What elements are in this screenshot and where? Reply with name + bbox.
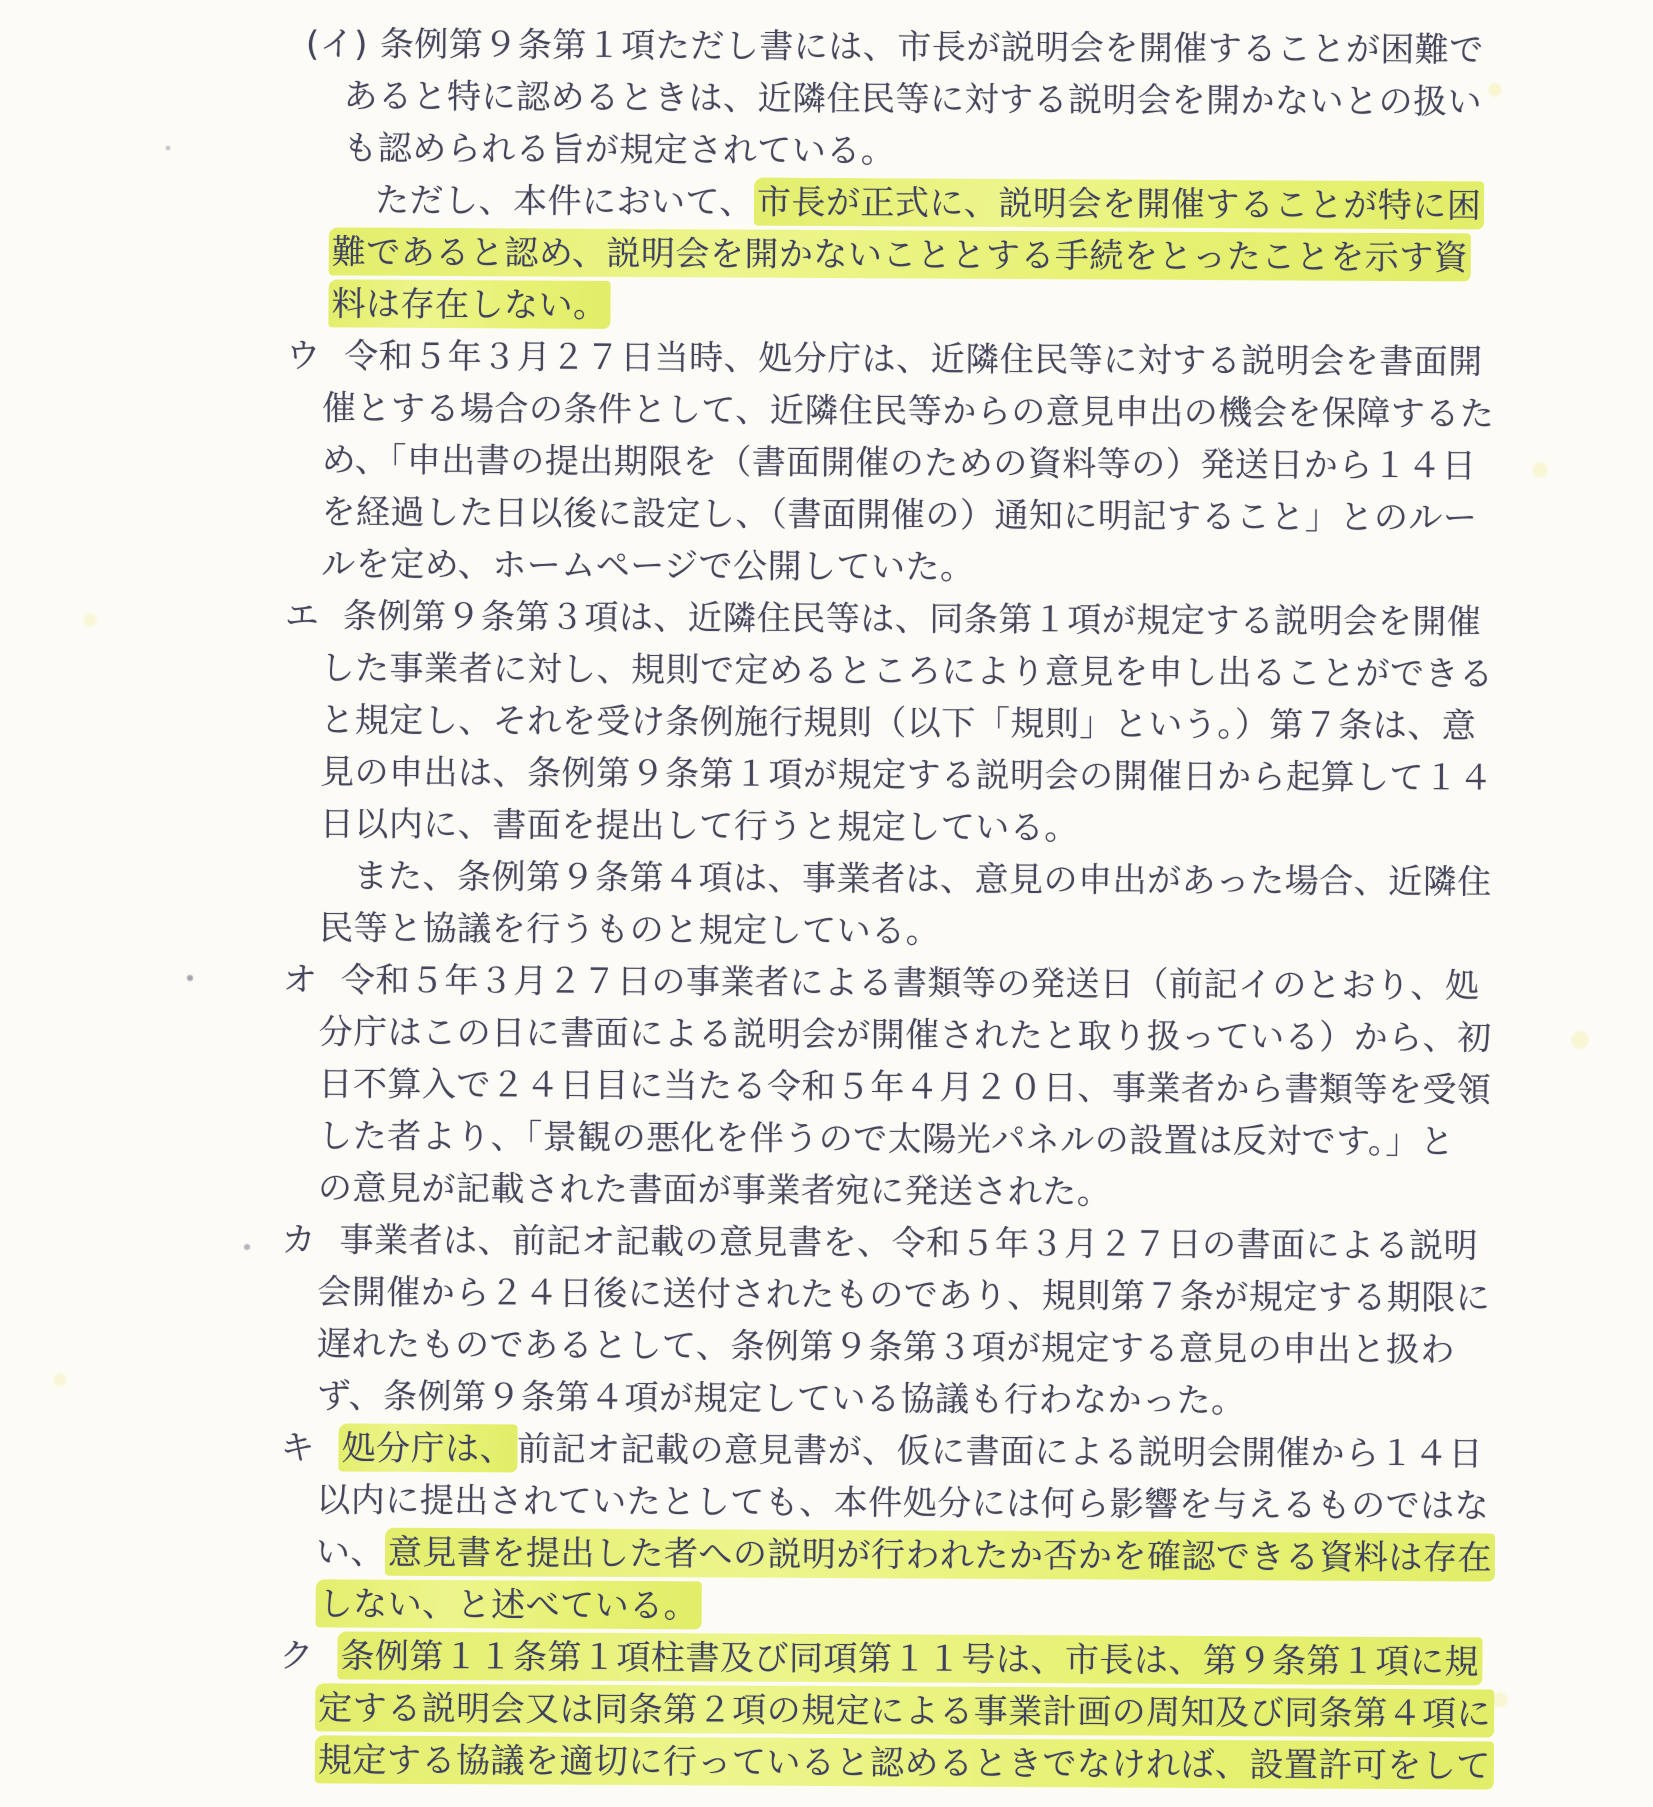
text-line: 料は存在しない。: [328, 278, 1651, 337]
text-line: 日不算入で２４日目に当たる令和５年４月２０日、事業者から書類等を受領: [318, 1058, 1647, 1117]
paragraph-marker: エ: [285, 590, 343, 642]
body-text: 見の申出は、条例第９条第１項が規定する説明会の開催日から起算して１４: [320, 752, 1493, 798]
body-text: ただし、本件において、: [375, 181, 754, 223]
body-text: め、「申出書の提出期限を（書面開催のための資料等の）発送日から１４日: [322, 440, 1477, 486]
text-line: ルを定め、ホームページで公開していた。: [321, 538, 1650, 597]
body-text: 遅れたものであるとして、条例第９条第３項が規定する意見の申出と扱わ: [317, 1324, 1455, 1370]
text-line: 定する説明会又は同条第２項の規定による事業計画の周知及び同条第４項に: [315, 1682, 1644, 1741]
text-line: と規定し、それを受け条例施行規則（以下「規則」という。）第７条は、意: [320, 694, 1649, 753]
highlighted-text: 定する説明会又は同条第２項の規定による事業計画の周知及び同条第４項に: [315, 1683, 1494, 1737]
text-line: しない、と述べている。: [316, 1578, 1645, 1637]
body-text: い、: [316, 1532, 385, 1572]
body-text: 日以内に、書面を提出して行うと規定している。: [320, 804, 1079, 848]
highlighted-text: しない、と述べている。: [316, 1579, 702, 1629]
highlighted-text: 規定する協議を適切に行っていると認めるときでなければ、設置許可をして: [315, 1735, 1494, 1789]
body-text: の意見が記載された書面が事業者宛に発送された。: [318, 1168, 1112, 1212]
paragraph-marker: カ: [281, 1214, 339, 1266]
text-line: 催とする場合の条件として、近隣住民等からの意見申出の機会を保障するた: [322, 382, 1651, 441]
text-line: 以内に提出されていたとしても、本件処分には何ら影響を与えるものではな: [316, 1474, 1645, 1533]
paragraph-marker: キ: [280, 1422, 338, 1474]
body-text: 会開催から２４日後に送付されたものであり、規則第７条が規定する期限に: [317, 1272, 1490, 1318]
text-line: の意見が記載された書面が事業者宛に発送された。: [318, 1162, 1647, 1221]
text-line: (イ)条例第９条第１項ただし書には、市長が説明会を開催することが困難で: [306, 18, 1653, 77]
paragraph-marker: オ: [283, 954, 341, 1006]
paragraph-marker: (イ): [306, 18, 380, 70]
paragraph-marker: ク: [279, 1630, 337, 1682]
text-line: キ処分庁は、前記オ記載の意見書が、仮に書面による説明会開催から１４日: [280, 1422, 1645, 1481]
body-text: 分庁はこの日に書面による説明会が開催されたと取り扱っている）から、初: [319, 1012, 1492, 1058]
body-text: した者より、「景観の悪化を伴うので太陽光パネルの設置は反対です。」と: [318, 1116, 1454, 1162]
text-line: オ令和５年３月２７日の事業者による書類等の発送日（前記イのとおり、処: [283, 954, 1648, 1013]
text-line: ウ令和５年３月２７日当時、処分庁は、近隣住民等に対する説明会を書面開: [286, 330, 1651, 389]
body-text: 以内に提出されていたとしても、本件処分には何ら影響を与えるものではな: [316, 1480, 1489, 1526]
text-line: ク条例第１１条第１項柱書及び同項第１１号は、市長は、第９条第１項に規: [279, 1630, 1644, 1689]
text-line: また、条例第９条第４項は、事業者は、意見の申出があった場合、近隣住: [353, 851, 1648, 910]
text-line: 民等と協議を行うものと規定している。: [319, 902, 1648, 961]
scanned-page: (イ)条例第９条第１項ただし書には、市長が説明会を開催することが困難であると特に…: [0, 0, 1653, 1807]
text-line: 規定する協議を適切に行っていると認めるときでなければ、設置許可をして: [315, 1734, 1644, 1793]
body-text: 催とする場合の条件として、近隣住民等からの意見申出の機会を保障するた: [322, 388, 1495, 434]
highlighted-text: 難であると認め、説明会を開かないこととする手続をとったことを示す資: [329, 227, 1472, 281]
body-text: ルを定め、ホームページで公開していた。: [321, 544, 975, 587]
body-text: 令和５年３月２７日の事業者による書類等の発送日（前記イのとおり、処: [341, 960, 1480, 1006]
text-line: ず、条例第９条第４項が規定している協議も行わなかった。: [317, 1370, 1646, 1429]
text-line: 難であると認め、説明会を開かないこととする手続をとったことを示す資: [329, 226, 1652, 285]
body-text: 条例第９条第１項ただし書には、市長が説明会を開催することが困難で: [380, 25, 1484, 71]
body-text: また、条例第９条第４項は、事業者は、意見の申出があった場合、近隣住: [353, 857, 1491, 903]
body-text: を経過した日以後に設定し、（書面開催の）通知に明記すること」とのルー: [321, 492, 1477, 538]
body-text: 民等と協議を行うものと規定している。: [319, 908, 940, 951]
text-line: 遅れたものであるとして、条例第９条第３項が規定する意見の申出と扱わ: [317, 1318, 1646, 1377]
body-text: あると特に認めるときは、近隣住民等に対する説明会を開かないとの扱い: [343, 76, 1482, 122]
text-line: した者より、「景観の悪化を伴うので太陽光パネルの設置は反対です。」と: [318, 1110, 1647, 1169]
text-line: カ事業者は、前記オ記載の意見書を、令和５年３月２７日の書面による説明: [281, 1214, 1646, 1273]
document-lines: (イ)条例第９条第１項ただし書には、市長が説明会を開催することが困難であると特に…: [0, 17, 1653, 1794]
highlighted-text: 条例第１１条第１項柱書及び同項第１１号は、市長は、第９条第１項に規: [337, 1631, 1482, 1685]
text-line: エ条例第９条第３項は、近隣住民等は、同条第１項が規定する説明会を開催: [285, 590, 1650, 649]
body-text: した事業者に対し、規則で定めるところにより意見を申し出ることができる: [320, 648, 1493, 694]
text-line: 会開催から２４日後に送付されたものであり、規則第７条が規定する期限に: [317, 1266, 1646, 1325]
body-text: 事業者は、前記オ記載の意見書を、令和５年３月２７日の書面による説明: [340, 1220, 1479, 1266]
text-line: ただし、本件において、市長が正式に、説明会を開催することが特に困: [375, 175, 1652, 234]
text-line: め、「申出書の提出期限を（書面開催のための資料等の）発送日から１４日: [322, 434, 1651, 493]
body-text: も認められる旨が規定されている。: [343, 128, 895, 171]
body-text: 日不算入で２４日目に当たる令和５年４月２０日、事業者から書類等を受領: [318, 1064, 1491, 1110]
text-line: い、意見書を提出した者への説明が行われたか否かを確認できる資料は存在: [316, 1526, 1645, 1585]
body-text: と規定し、それを受け条例施行規則（以下「規則」という。）第７条は、意: [320, 700, 1476, 746]
body-text: 前記オ記載の意見書が、仮に書面による説明会開催から１４日: [517, 1429, 1483, 1474]
text-line: した事業者に対し、規則で定めるところにより意見を申し出ることができる: [320, 642, 1649, 701]
body-text: 条例第９条第３項は、近隣住民等は、同条第１項が規定する説明会を開催: [343, 596, 1482, 642]
paragraph-marker: ウ: [286, 330, 344, 382]
body-text: ず、条例第９条第４項が規定している協議も行わなかった。: [317, 1376, 1246, 1421]
body-text: 令和５年３月２７日当時、処分庁は、近隣住民等に対する説明会を書面開: [344, 336, 1483, 382]
text-line: あると特に認めるときは、近隣住民等に対する説明会を開かないとの扱い: [343, 70, 1652, 129]
highlighted-text: 意見書を提出した者への説明が行われたか否かを確認できる資料は存在: [385, 1528, 1495, 1582]
text-line: を経過した日以後に設定し、（書面開催の）通知に明記すること」とのルー: [321, 486, 1650, 545]
highlighted-text: 市長が正式に、説明会を開催することが特に困: [754, 178, 1485, 230]
highlighted-text: 料は存在しない。: [328, 279, 610, 328]
highlighted-text: 処分庁は、: [338, 1423, 517, 1472]
text-line: 見の申出は、条例第９条第１項が規定する説明会の開催日から起算して１４: [320, 746, 1649, 805]
text-line: 日以内に、書面を提出して行うと規定している。: [320, 798, 1649, 857]
text-line: も認められる旨が規定されている。: [343, 122, 1652, 181]
text-line: 分庁はこの日に書面による説明会が開催されたと取り扱っている）から、初: [319, 1006, 1648, 1065]
